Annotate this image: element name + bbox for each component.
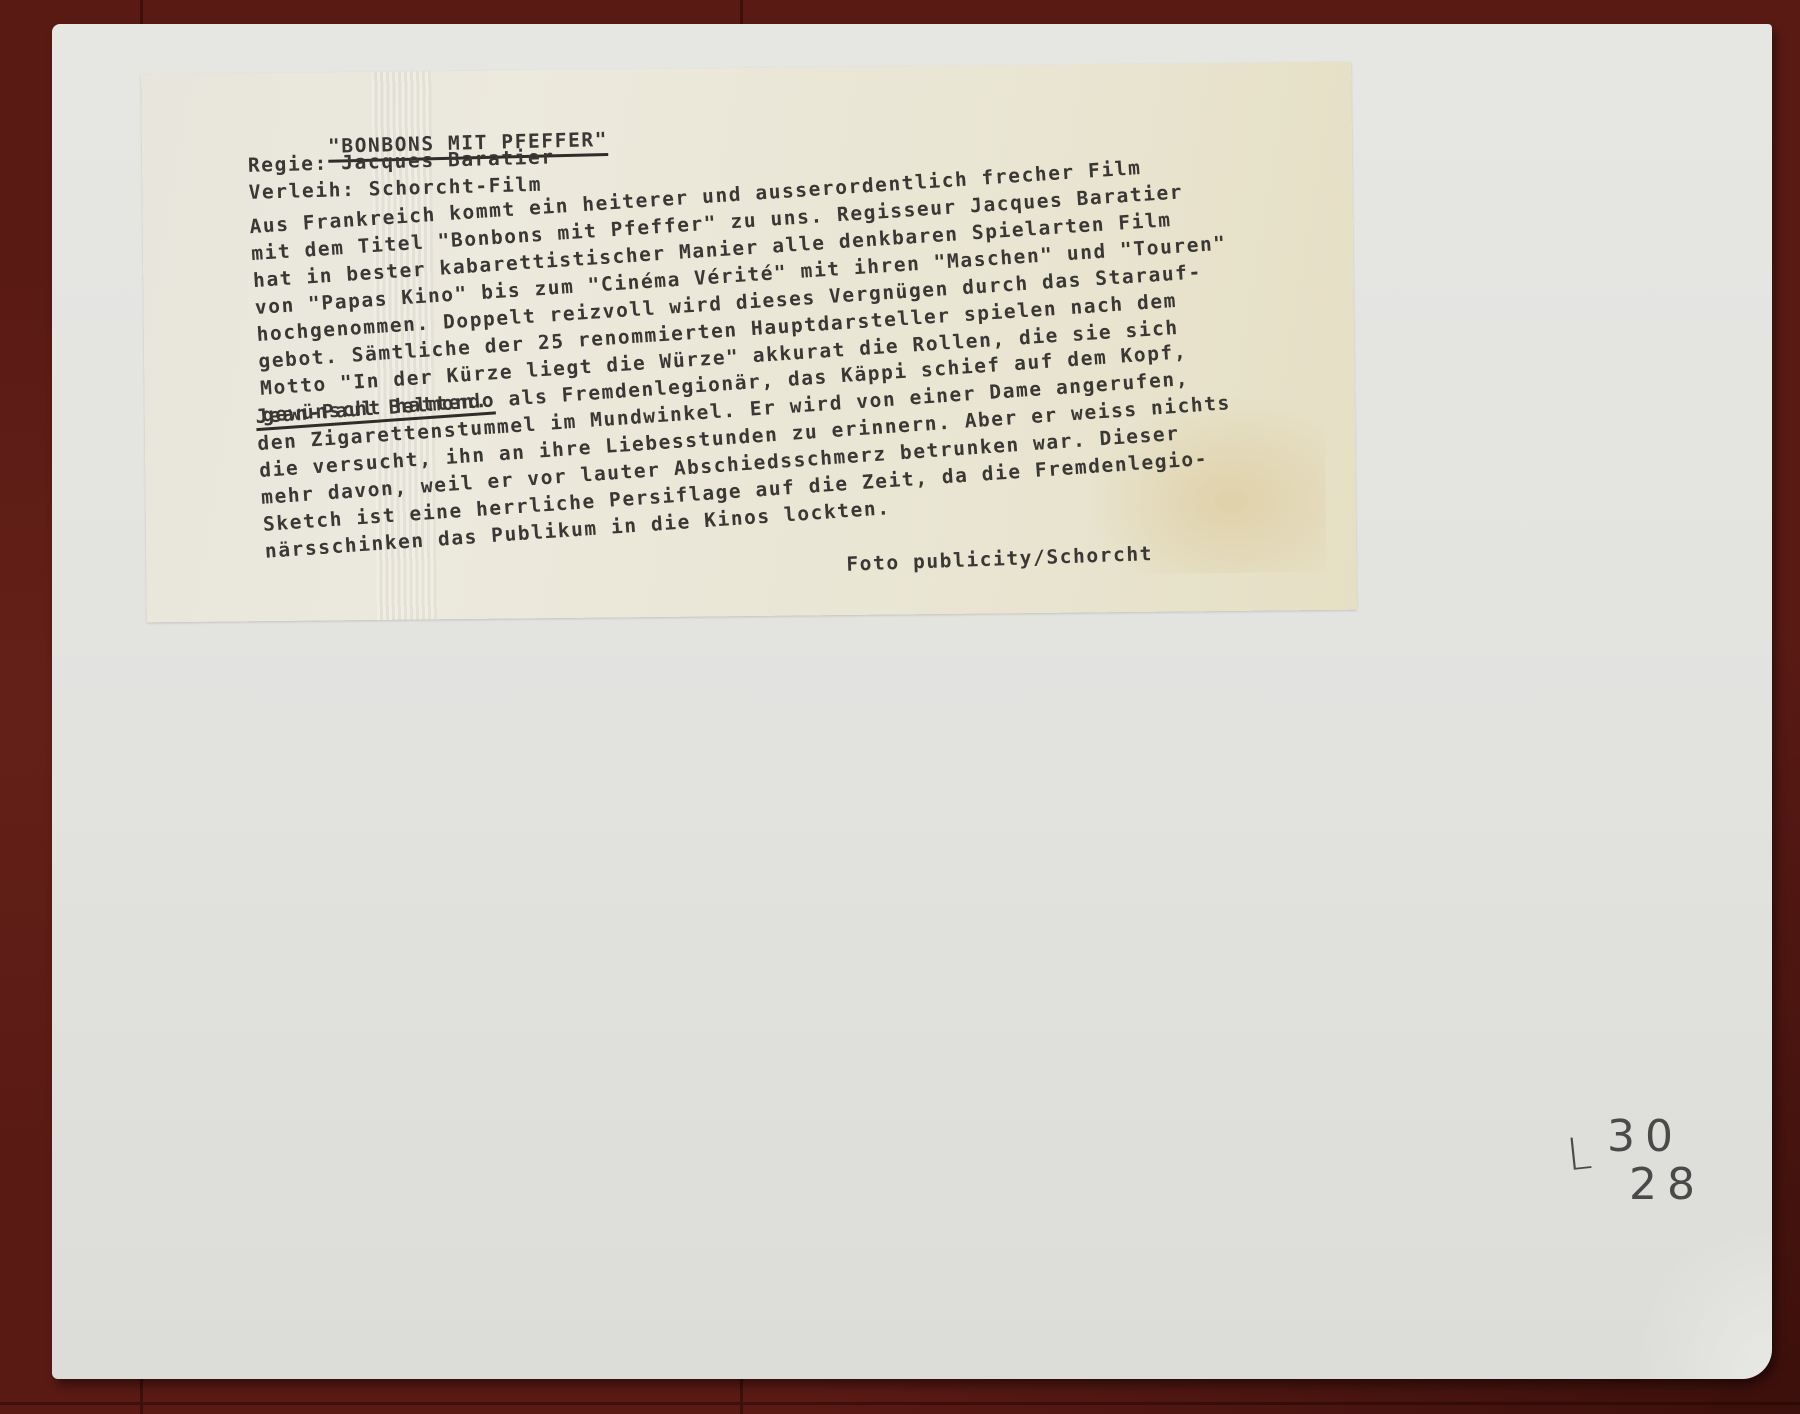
handwritten-prefix: L bbox=[1565, 1131, 1594, 1179]
handwritten-line-1: 30 bbox=[1607, 1114, 1683, 1160]
curled-corner bbox=[1632, 1209, 1772, 1379]
handwritten-line-2: 28 bbox=[1629, 1162, 1705, 1208]
handwritten-archive-number: L 30 28 bbox=[1567, 1114, 1717, 1224]
photo-back-card: "BONBONS MIT PFEFFER" Regie: Jacques Bar… bbox=[52, 24, 1772, 1379]
caption-slip: "BONBONS MIT PFEFFER" Regie: Jacques Bar… bbox=[141, 62, 1357, 623]
